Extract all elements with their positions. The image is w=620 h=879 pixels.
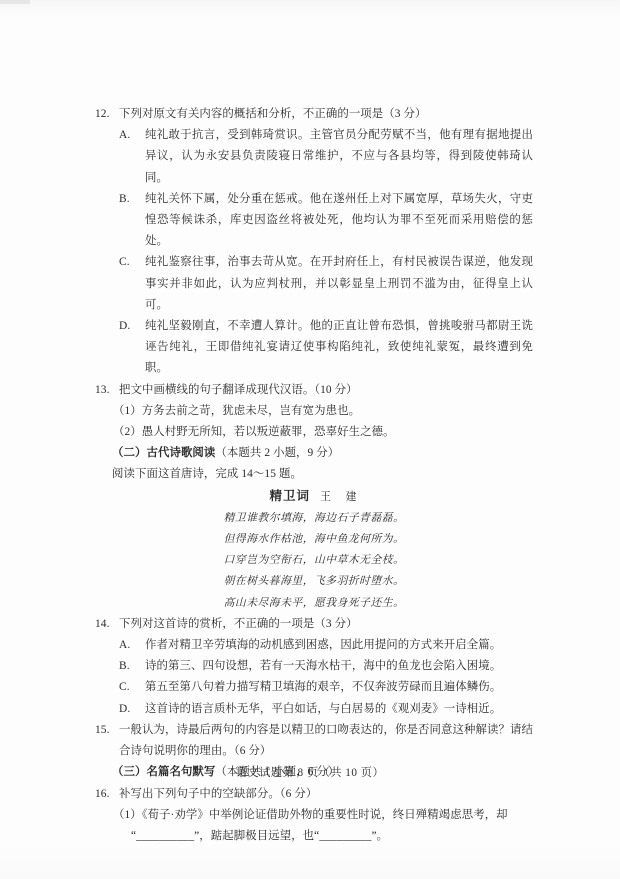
- option-label: B.: [119, 189, 145, 210]
- option-text: 这首诗的语言质朴无华，平白如话，与白居易的《观刈麦》一诗相近。: [145, 699, 533, 720]
- option-label: C.: [119, 677, 145, 698]
- exam-page-content: 12. 下列对原文有关内容的概括和分析，不正确的一项是（3 分） A. 纯礼敢于…: [95, 104, 533, 847]
- poem-author: 王 建: [320, 491, 358, 503]
- poem-line-5: 高山未尽海未平，愿我身死子还生。: [95, 593, 533, 614]
- question-16-item-1-line-1: （1）《荀子·劝学》中举例论证借助外物的重要性时说，终日殚精竭虑思考，却: [113, 805, 533, 826]
- option-label: D.: [119, 316, 145, 337]
- poem-line-4: 朝在树头暮海里，飞多羽折时堕水。: [95, 571, 533, 592]
- section-2-title: （二）古代诗歌阅读: [112, 447, 215, 459]
- option-text: 纯礼敢于抗言，受到韩琦赏识。主管官员分配劳赋不当，他有理有据地提出异议，认为永安…: [145, 125, 533, 189]
- option-text: 纯礼鉴察往事，治事去苛从宽。在开封府任上，有村民被误告谋逆，他发现事实并非如此，…: [145, 252, 533, 316]
- question-14-option-d: D. 这首诗的语言质朴无华，平白如话，与白居易的《观刈麦》一诗相近。: [119, 699, 533, 720]
- question-15-stem: 一般认为，诗最后两句的内容是以精卫的口吻表达的，你是否同意这种解读？请结合诗句说…: [119, 720, 533, 762]
- option-label: A.: [119, 125, 145, 146]
- option-label: B.: [119, 656, 145, 677]
- question-12-option-a: A. 纯礼敢于抗言，受到韩琦赏识。主管官员分配劳赋不当，他有理有据地提出异议，认…: [119, 125, 533, 189]
- question-16-stem: 补写出下列句子中的空缺部分。（6 分）: [119, 784, 533, 805]
- question-12-stem: 下列对原文有关内容的概括和分析，不正确的一项是（3 分）: [119, 104, 533, 125]
- page-footer: 语文试题第 8 页（共 10 页）: [0, 764, 620, 780]
- question-15: 15. 一般认为，诗最后两句的内容是以精卫的口吻表达的，你是否同意这种解读？请结…: [95, 720, 533, 762]
- option-text: 纯礼关怀下属，处分重在惩戒。他在遂州任上对下属宽厚，草场失火，守吏惶恐等候诛杀，…: [145, 189, 533, 253]
- question-14-number: 14.: [95, 614, 119, 635]
- option-label: A.: [119, 635, 145, 656]
- option-label: C.: [119, 252, 145, 273]
- question-14-stem: 下列对这首诗的赏析，不正确的一项是（3 分）: [119, 614, 533, 635]
- option-label: D.: [119, 699, 145, 720]
- question-14-body: 下列对这首诗的赏析，不正确的一项是（3 分） A. 作者对精卫辛劳填海的动机感到…: [119, 614, 533, 720]
- question-13-body: 把文中画横线的句子翻译成现代汉语。（10 分） （1）方务去前之苛，犹虑未尽，岂…: [119, 380, 533, 444]
- poem-title: 精卫词: [270, 489, 311, 503]
- option-text: 纯礼坚毅刚直，不幸遭人算计。他的正直让曾布恐惧，曾挑唆驸马都尉王诜诬告纯礼，王即…: [145, 316, 533, 380]
- question-14-option-b: B. 诗的第三、四句设想，若有一天海水枯干，海中的鱼龙也会陷入困境。: [119, 656, 533, 677]
- question-14-option-a: A. 作者对精卫辛劳填海的动机感到困惑，因此用提问的方式来开启全篇。: [119, 635, 533, 656]
- question-16-item-1-line-2: “__________”，踮起脚极目远望，也“_________”。: [113, 826, 533, 847]
- option-text: 第五至第八句着力描写精卫填海的艰辛，不仅奔波劳碌而且遍体鳞伤。: [145, 677, 533, 698]
- question-13-stem: 把文中画横线的句子翻译成现代汉语。（10 分）: [119, 380, 533, 401]
- question-12-option-b: B. 纯礼关怀下属，处分重在惩戒。他在遂州任上对下属宽厚，草场失火，守吏惶恐等候…: [119, 189, 533, 253]
- question-12-option-c: C. 纯礼鉴察往事，治事去苛从宽。在开封府任上，有村民被误告谋逆，他发现事实并非…: [119, 252, 533, 316]
- question-16-body: 补写出下列句子中的空缺部分。（6 分） （1）《荀子·劝学》中举例论证借助外物的…: [119, 784, 533, 848]
- question-13-item-2: （2）愚人村野无所知，若以叛逆蔽罪，恐辜好生之德。: [113, 422, 533, 443]
- section-2-intro: 阅读下面这首唐诗，完成 14～15 题。: [112, 464, 533, 485]
- section-2-meta: （本题共 2 小题，9 分）: [215, 447, 339, 459]
- question-13-item-1: （1）方务去前之苛，犹虑未尽，岂有宽为患也。: [113, 401, 533, 422]
- question-15-number: 15.: [95, 720, 119, 741]
- question-14-option-c: C. 第五至第八句着力描写精卫填海的艰辛，不仅奔波劳碌而且遍体鳞伤。: [119, 677, 533, 698]
- option-text: 作者对精卫辛劳填海的动机感到困惑，因此用提问的方式来开启全篇。: [145, 635, 533, 656]
- section-2-heading: （二）古代诗歌阅读（本题共 2 小题，9 分）: [112, 443, 533, 464]
- question-14: 14. 下列对这首诗的赏析，不正确的一项是（3 分） A. 作者对精卫辛劳填海的…: [95, 614, 533, 720]
- question-13-number: 13.: [95, 380, 119, 401]
- question-12-option-d: D. 纯礼坚毅刚直，不幸遭人算计。他的正直让曾布恐惧，曾挑唆驸马都尉王诜诬告纯礼…: [119, 316, 533, 380]
- poem-title-row: 精卫词王 建: [95, 486, 533, 508]
- question-12: 12. 下列对原文有关内容的概括和分析，不正确的一项是（3 分） A. 纯礼敢于…: [95, 104, 533, 380]
- question-16-number: 16.: [95, 784, 119, 805]
- question-16: 16. 补写出下列句子中的空缺部分。（6 分） （1）《荀子·劝学》中举例论证借…: [95, 784, 533, 848]
- question-13: 13. 把文中画横线的句子翻译成现代汉语。（10 分） （1）方务去前之苛，犹虑…: [95, 380, 533, 444]
- option-text: 诗的第三、四句设想，若有一天海水枯干，海中的鱼龙也会陷入困境。: [145, 656, 533, 677]
- question-12-number: 12.: [95, 104, 119, 125]
- poem-line-3: 口穿岂为空衔石，山中草木无全枝。: [95, 550, 533, 571]
- question-12-body: 下列对原文有关内容的概括和分析，不正确的一项是（3 分） A. 纯礼敢于抗言，受…: [119, 104, 533, 380]
- poem-line-1: 精卫谁教尔填海，海边石子青磊磊。: [95, 508, 533, 529]
- poem-line-2: 但得海水作枯池，海中鱼龙何所为。: [95, 529, 533, 550]
- scan-artifact: [0, 0, 30, 4]
